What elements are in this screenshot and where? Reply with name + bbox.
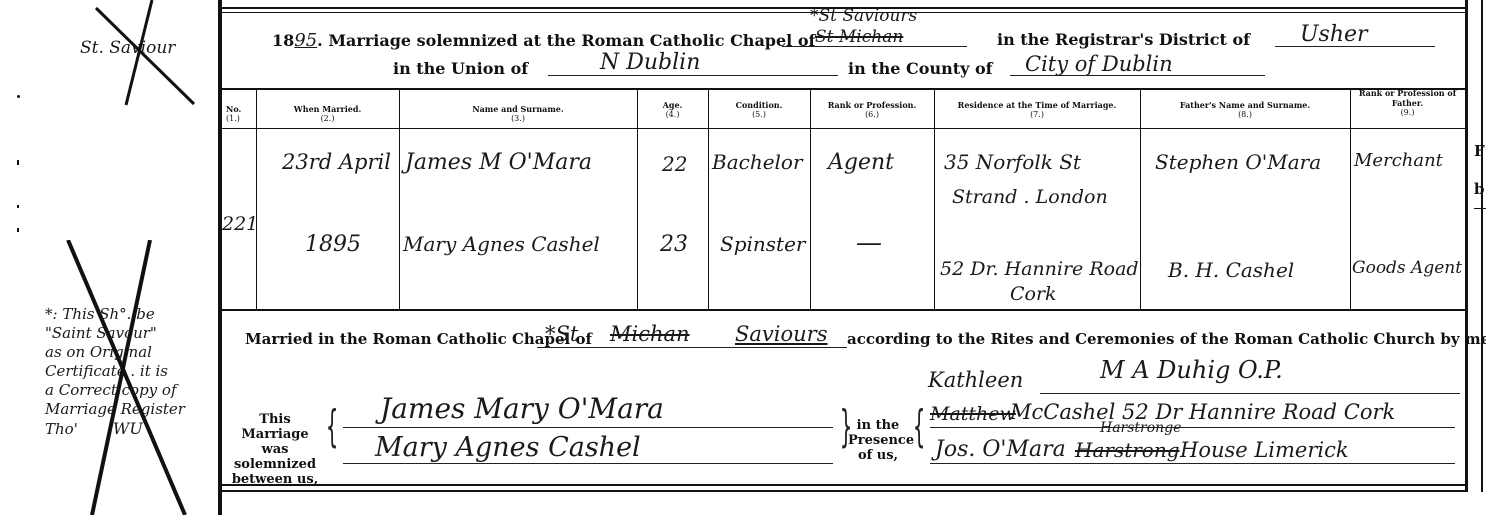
groom-residence-line2: Strand . London <box>952 186 1108 208</box>
year-prefix: 18 <box>272 31 294 50</box>
officiant-line <box>1040 393 1460 394</box>
union-field-line <box>548 75 838 76</box>
chapel-correction: *St Saviours <box>810 6 917 26</box>
bride-father-name: B. H. Cashel <box>1168 258 1294 282</box>
col-divider <box>1140 90 1141 309</box>
form-right-border <box>1465 0 1468 492</box>
groom-age: 22 <box>662 152 687 176</box>
col-header-no: No.(1.) <box>222 104 260 124</box>
col-divider <box>1350 90 1351 309</box>
party2-line <box>343 463 833 464</box>
bottom-rule <box>222 484 1466 486</box>
ceremony-chapel-correction: Saviours <box>735 322 827 346</box>
table-top-rule <box>222 88 1466 90</box>
date-line2: 1895 <box>305 232 361 257</box>
cross-out-mark-side <box>60 240 200 515</box>
witness2-struck: Harstrong <box>1075 438 1180 462</box>
table-header-rule <box>222 128 1466 129</box>
adjacent-rule <box>1474 208 1486 209</box>
witness1-line <box>930 427 1455 428</box>
witness2-above: Harstronge <box>1100 420 1181 436</box>
county-label: in the County of <box>848 59 993 78</box>
bottom-rule-2 <box>222 490 1466 492</box>
cross-out-mark-top <box>90 0 200 110</box>
witness2-suffix: House Limerick <box>1180 438 1349 462</box>
bride-residence-line2: Cork <box>1010 283 1057 305</box>
party2-signature: Mary Agnes Cashel <box>375 432 641 463</box>
header-line1: 1895. Marriage solemnized at the Roman C… <box>272 30 815 51</box>
col-divider <box>810 90 811 309</box>
col-divider <box>637 90 638 309</box>
registrar-value: Usher <box>1300 22 1368 47</box>
col-header-age: Age.(4.) <box>637 100 708 120</box>
adjacent-letter-1: F <box>1474 142 1485 160</box>
col-header-father-name: Father's Name and Surname.(8.) <box>1140 100 1350 120</box>
witness1-signature: McCashel 52 Dr Hannire Road Cork <box>1010 400 1395 424</box>
table-bottom-rule <box>222 309 1466 311</box>
groom-father-profession: Merchant <box>1354 150 1443 171</box>
union-label: in the Union of <box>393 59 528 78</box>
groom-residence-line1: 35 Norfolk St <box>944 150 1081 174</box>
witness1-above: Kathleen <box>928 368 1023 392</box>
officiant-signature: M A Duhig O.P. <box>1100 356 1283 384</box>
groom-father-name: Stephen O'Mara <box>1155 150 1321 174</box>
form-left-border <box>218 0 222 515</box>
groom-condition: Bachelor <box>712 150 803 174</box>
col-divider <box>708 90 709 309</box>
bride-age: 23 <box>660 232 688 257</box>
col-header-name: Name and Surname.(3.) <box>399 104 637 124</box>
header-text: . Marriage solemnized at the Roman Catho… <box>317 31 815 50</box>
presence-brace-icon: { <box>913 405 926 449</box>
bride-residence-line1: 52 Dr. Hannire Road <box>940 258 1139 280</box>
rites-text: according to the Rites and Ceremonies of… <box>847 330 1486 348</box>
ceremony-chapel-struck: Michan <box>610 322 690 346</box>
witness1-struck: Matthew <box>930 403 1016 425</box>
ceremony-chapel-prefix: *St <box>545 322 578 346</box>
groom-profession: Agent <box>828 150 894 175</box>
speck <box>17 205 19 208</box>
witness2-prefix: Jos. O'Mara <box>935 437 1066 462</box>
chapel-struck: St Michan <box>815 27 903 47</box>
between-us-label: This Marriage was solemnized between us, <box>230 412 320 487</box>
presence-label: in the Presence of us, <box>848 418 908 463</box>
col-header-residence: Residence at the Time of Marriage.(7.) <box>934 100 1140 120</box>
col-header-when-married: When Married.(2.) <box>256 104 399 124</box>
form-right-border-outer <box>1481 0 1483 492</box>
bride-profession: — <box>856 228 882 258</box>
ceremony-chapel-line <box>537 347 847 348</box>
adjacent-letter-2: b <box>1474 180 1485 198</box>
col-header-rank: Rank or Profession.(6.) <box>810 100 934 120</box>
union-value: N Dublin <box>600 50 700 75</box>
registrar-label: in the Registrar's District of <box>997 30 1250 49</box>
county-value: City of Dublin <box>1025 52 1173 76</box>
bride-condition: Spinster <box>720 232 805 256</box>
ceremony-label: Married in the Roman Catholic Chapel of <box>245 330 592 348</box>
left-brace-icon: { <box>326 405 339 449</box>
year-suffix: 95 <box>294 30 317 51</box>
bride-name: Mary Agnes Cashel <box>403 232 600 256</box>
bride-father-profession: Goods Agent <box>1352 258 1462 278</box>
witness2-line <box>930 463 1455 464</box>
speck <box>17 228 19 232</box>
entry-number: 221 <box>222 213 258 235</box>
speck <box>17 95 20 98</box>
party1-line <box>343 427 833 428</box>
groom-name: James M O'Mara <box>405 150 592 175</box>
col-header-father-rank: Rank or Profession of Father.(9.) <box>1350 88 1465 118</box>
col-header-condition: Condition.(5.) <box>708 100 810 120</box>
col-divider <box>934 90 935 309</box>
party1-signature: James Mary O'Mara <box>380 392 664 425</box>
speck <box>17 160 19 165</box>
date-line1: 23rd April <box>282 150 391 174</box>
